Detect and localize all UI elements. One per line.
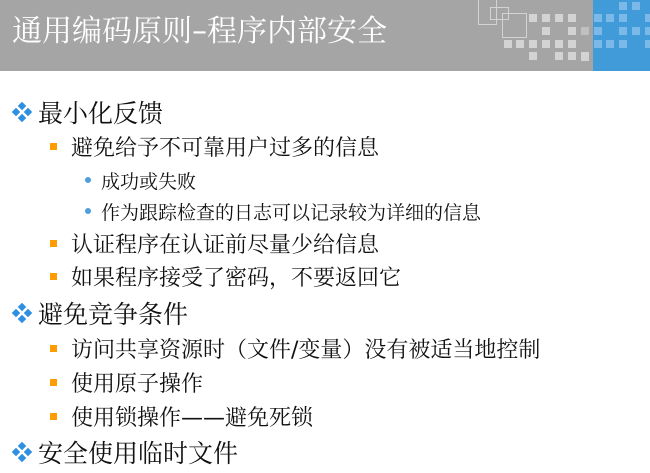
blue-square-decoration bbox=[606, 40, 614, 48]
bullet-text: 使用锁操作——避免死锁 bbox=[71, 401, 313, 432]
bullet-text: 作为跟踪检查的日志可以记录较为详细的信息 bbox=[101, 198, 481, 225]
blue-square-decoration bbox=[619, 14, 627, 22]
bullet-item-level2: 认证程序在认证前尽量少给信息 bbox=[50, 227, 379, 259]
four-diamond-bullet-icon bbox=[12, 442, 32, 462]
blue-square-decoration bbox=[606, 14, 614, 22]
bullet-item-level2: 如果程序接受了密码，不要返回它 bbox=[50, 260, 401, 292]
bullet-item-level3: 作为跟踪检查的日志可以记录较为详细的信息 bbox=[85, 196, 481, 226]
blue-square-decoration bbox=[619, 40, 627, 48]
bullet-text: 使用原子操作 bbox=[71, 367, 203, 398]
bullet-item-level2: 访问共享资源时（文件/变量）没有被适当地控制 bbox=[50, 332, 540, 364]
square-decoration bbox=[581, 27, 589, 35]
bullet-item-level1: 最小化反馈 bbox=[12, 95, 163, 129]
square-decoration bbox=[555, 52, 563, 60]
square-bullet-icon bbox=[50, 345, 57, 352]
square-bullet-icon bbox=[50, 143, 57, 150]
square-decoration bbox=[555, 14, 563, 22]
dot-bullet-icon bbox=[85, 177, 91, 183]
blue-accent-block bbox=[593, 0, 650, 71]
square-decoration bbox=[542, 40, 550, 48]
square-decoration bbox=[581, 52, 589, 61]
slide-header: 通用编码原则–程序内部安全 bbox=[0, 0, 650, 71]
bullet-text: 认证程序在认证前尽量少给信息 bbox=[71, 228, 379, 259]
bullet-item-level2: 使用原子操作 bbox=[50, 366, 203, 398]
square-bullet-icon bbox=[50, 273, 57, 280]
four-diamond-bullet-icon bbox=[12, 303, 32, 323]
square-bullet-icon bbox=[50, 379, 57, 386]
square-decoration bbox=[529, 14, 537, 22]
bullet-text: 成功或失败 bbox=[101, 167, 196, 194]
blue-square-decoration bbox=[645, 40, 650, 48]
four-diamond-bullet-icon bbox=[12, 102, 32, 122]
dot-bullet-icon bbox=[85, 208, 91, 214]
blue-square-decoration bbox=[594, 14, 602, 22]
slide-title: 通用编码原则–程序内部安全 bbox=[12, 12, 387, 52]
bullet-item-level2: 使用锁操作——避免死锁 bbox=[50, 400, 313, 432]
square-decoration bbox=[568, 40, 576, 48]
square-decoration bbox=[542, 14, 550, 22]
square-decoration bbox=[555, 40, 563, 48]
bullet-text: 访问共享资源时（文件/变量）没有被适当地控制 bbox=[71, 333, 540, 364]
blue-square-decoration bbox=[619, 27, 627, 35]
bullet-item-level1: 避免竞争条件 bbox=[12, 296, 188, 330]
blue-square-decoration bbox=[594, 40, 602, 48]
bullet-text: 最小化反馈 bbox=[38, 94, 163, 130]
bullet-text: 如果程序接受了密码，不要返回它 bbox=[71, 261, 401, 292]
square-bullet-icon bbox=[50, 413, 57, 420]
blue-square-decoration bbox=[632, 2, 640, 10]
bullet-text: 安全使用临时文件 bbox=[38, 434, 238, 470]
square-decoration bbox=[568, 27, 576, 35]
bullet-text: 避免给予不可靠用户过多的信息 bbox=[71, 131, 379, 162]
square-decoration bbox=[504, 40, 512, 48]
square-decoration bbox=[529, 40, 537, 48]
blue-square-decoration bbox=[594, 27, 602, 35]
square-decoration bbox=[516, 40, 524, 48]
bullet-item-level2: 避免给予不可靠用户过多的信息 bbox=[50, 130, 379, 162]
blue-square-decoration bbox=[632, 27, 640, 35]
blue-square-decoration bbox=[645, 27, 650, 35]
bullet-item-level3: 成功或失败 bbox=[85, 165, 196, 195]
square-decoration bbox=[529, 52, 537, 60]
bullet-text: 避免竞争条件 bbox=[38, 295, 188, 331]
blue-square-decoration bbox=[645, 14, 650, 22]
square-decoration bbox=[542, 27, 550, 35]
bullet-item-level1: 安全使用临时文件 bbox=[12, 435, 238, 469]
square-bullet-icon bbox=[50, 240, 57, 247]
square-decoration bbox=[568, 14, 576, 22]
blue-square-decoration bbox=[619, 2, 627, 10]
outline-square-decoration bbox=[502, 13, 527, 38]
square-decoration bbox=[568, 52, 576, 60]
